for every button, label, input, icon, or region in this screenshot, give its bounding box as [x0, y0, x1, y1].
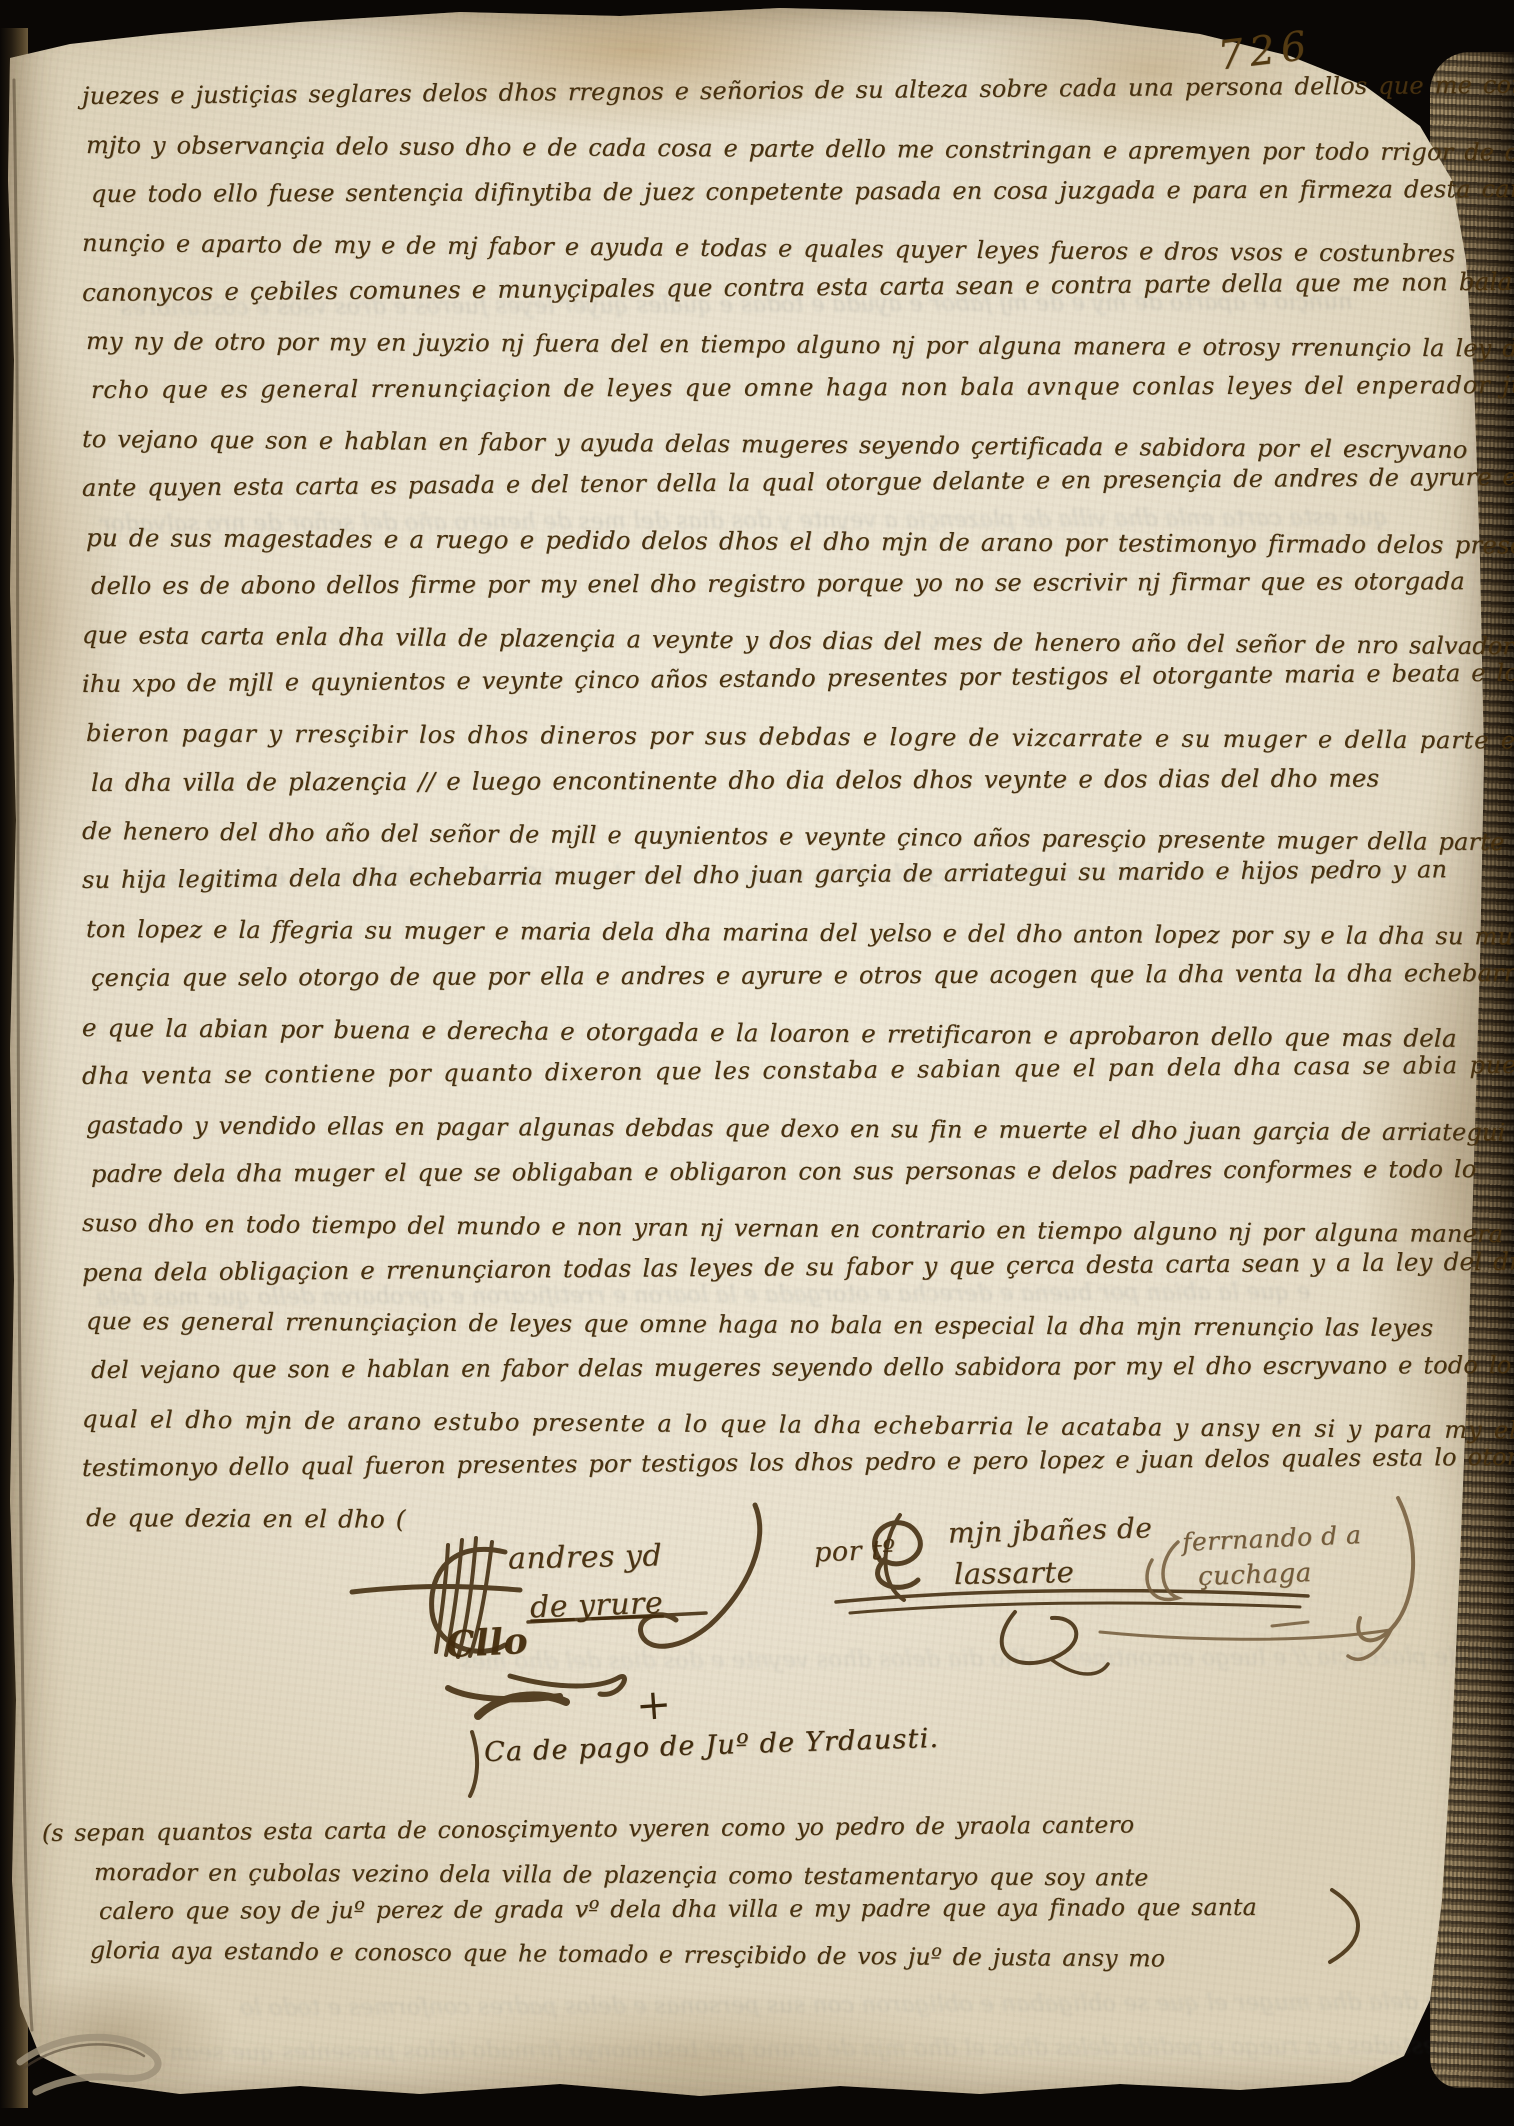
manuscript-line: canonycos e çebiles comunes e munyçipale…: [82, 257, 1482, 317]
signature-lassarte-line2: lassarte: [954, 1555, 1075, 1591]
closing-line: calero que soy de juº perez de grada vº …: [99, 1887, 1471, 1931]
manuscript-line: la dha villa de plazençia // e luego enc…: [91, 753, 1491, 807]
notary-paraph: Cllo: [445, 1620, 529, 1666]
manuscript-line: ante quyen esta carta es pasada e del te…: [82, 453, 1482, 513]
signature-lassarte-line1: mjn jbañes de: [948, 1511, 1153, 1549]
manuscript-line: testimonyo dello qual fueron presentes p…: [82, 1433, 1482, 1493]
manuscript-line: dha venta se contiene por quanto dixeron…: [82, 1041, 1482, 1101]
witness-mark-por-testigo: por tº: [813, 1535, 896, 1569]
manuscript-line: ihu xpo de mjll e quynientos e veynte çi…: [82, 649, 1482, 709]
signature-andres-de-yrure-line1: andres yd: [508, 1538, 663, 1576]
manuscript-body-text: juezes e justiçias seglares delos dhos r…: [82, 72, 1482, 1542]
ink-bleed: la dha villa de plazençia // e luego enc…: [460, 1643, 1514, 1675]
manuscript-line: que todo ello fuese sentençia difinytiba…: [91, 165, 1491, 219]
cross-icon: +: [634, 1679, 673, 1730]
manuscript-line: rcho que es general rrenunçiaçion de ley…: [91, 361, 1491, 415]
manuscript-line: pena dela obligaçion e rrenunçiaron toda…: [82, 1237, 1482, 1297]
signature-ferrnando-line2: çuchaga: [1198, 1558, 1313, 1592]
signature-andres-de-yrure-line2: de yrure: [529, 1586, 663, 1626]
manuscript-line: padre dela dha muger el que se obligaban…: [91, 1145, 1491, 1199]
manuscript-line: çençia que selo otorgo de que por ella e…: [91, 949, 1491, 1003]
manuscript-line: dello es de abono dellos firme por my en…: [91, 557, 1491, 611]
closing-paragraph: (s sepan quantos esta carta de conosçimy…: [42, 1814, 1462, 1970]
manuscript-line: del vejano que son e hablan en fabor del…: [91, 1341, 1491, 1395]
manuscript-line: su hija legitima dela dha echebarria mug…: [82, 845, 1482, 905]
manuscript-photo: nunçio e aparto de my e de mj fabor e ay…: [0, 0, 1514, 2126]
